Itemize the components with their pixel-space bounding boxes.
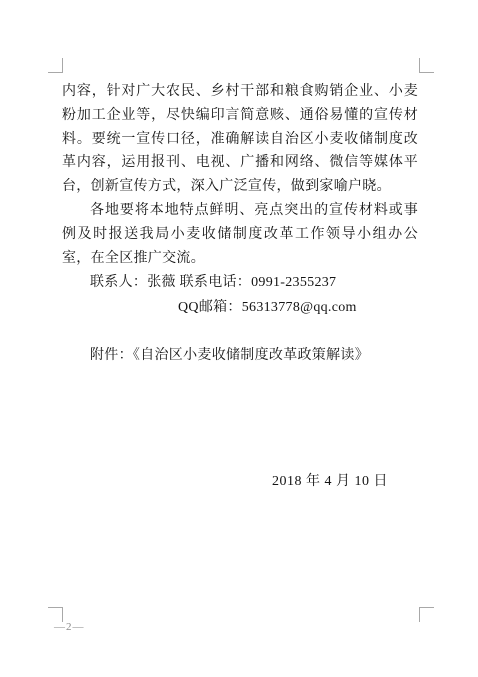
body-paragraph-2: 各地要将本地特点鲜明、亮点突出的宣传材料或事例及时报送我局小麦收储制度改革工作领… [62,199,418,270]
qq-email-line: QQ邮箱：56313778@qq.com [62,296,418,320]
body-paragraph-1: 内容，针对广大农民、乡村干部和粮食购销企业、小麦粉加工企业等，尽快编印言简意赅、… [62,80,418,199]
margin-mark-top-right [419,58,434,73]
margin-mark-bottom-left [48,607,63,622]
document-date: 2018 年 4 月 10 日 [62,470,418,490]
document-body: 内容，针对广大农民、乡村干部和粮食购销企业、小麦粉加工企业等，尽快编印言简意赅、… [62,80,418,368]
page-number: —2— [54,621,85,633]
document-page: 内容，针对广大农民、乡村干部和粮食购销企业、小麦粉加工企业等，尽快编印言简意赅、… [0,0,478,677]
contact-person-and-phone-line: 联系人：张薇 联系电话：0991-2355237 [62,271,418,295]
margin-mark-top-left [48,58,63,73]
margin-mark-bottom-right [419,607,434,622]
attachment-reference-line: 附件：《自治区小麦收储制度改革政策解读》 [62,344,418,368]
